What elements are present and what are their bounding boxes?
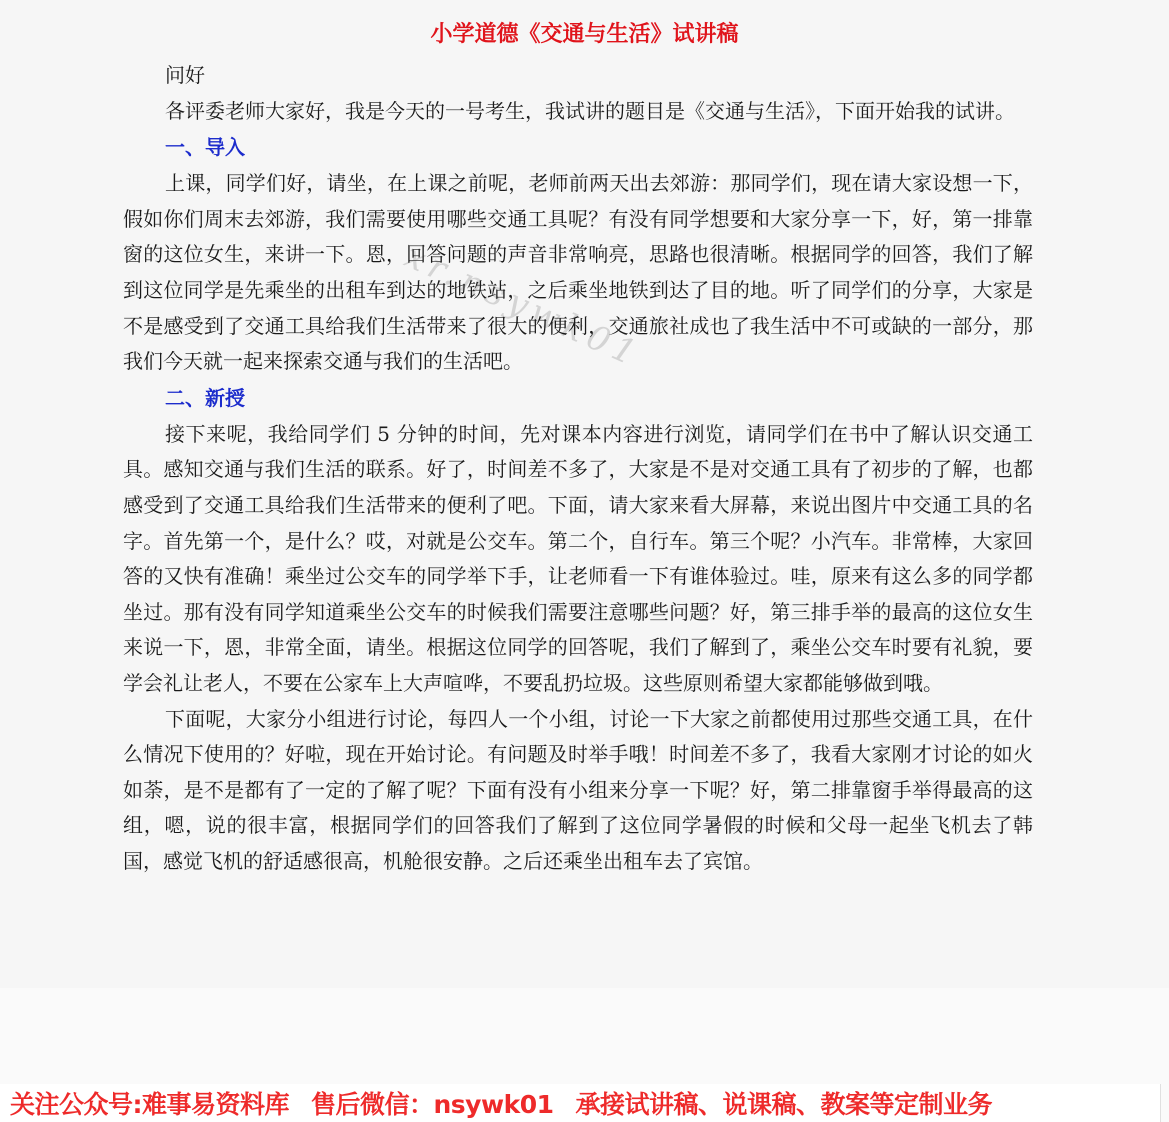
section-heading-intro: 一、导入 <box>123 129 1033 166</box>
document-page: 小学道德《交通与生活》试讲稿 xr.nsywk01 问好 各评委老师大家好，我是… <box>0 0 1169 988</box>
intro-paragraph: 各评委老师大家好，我是今天的一号考生，我试讲的题目是《交通与生活》，下面开始我的… <box>123 94 1033 130</box>
promo-banner: 关注公众号:难事易资料库 售后微信：nsywk01 承接试讲稿、说课稿、教案等定… <box>0 1084 1160 1122</box>
banner-follow-account: 关注公众号:难事易资料库 <box>10 1085 289 1121</box>
section-new-lesson-paragraph-1: 接下来呢，我给同学们 5 分钟的时间，先对课本内容进行浏览，请同学们在书中了解认… <box>123 417 1033 702</box>
document-body: 问好 各评委老师大家好，我是今天的一号考生，我试讲的题目是《交通与生活》，下面开… <box>123 58 1033 879</box>
banner-service-offer: 承接试讲稿、说课稿、教案等定制业务 <box>576 1085 993 1121</box>
section-new-lesson-paragraph-2: 下面呢，大家分小组进行讨论，每四人一个小组，讨论一下大家之前都使用过那些交通工具… <box>123 702 1033 880</box>
right-edge-strip <box>1160 1084 1169 1122</box>
document-title: 小学道德《交通与生活》试讲稿 <box>0 18 1169 50</box>
section-intro-paragraph: 上课，同学们好，请坐，在上课之前呢，老师前两天出去郊游：那同学们，现在请大家设想… <box>123 166 1033 380</box>
banner-wechat-contact: 售后微信：nsywk01 <box>311 1085 554 1121</box>
section-heading-new-lesson: 二、新授 <box>123 380 1033 417</box>
greeting-line: 问好 <box>123 58 1033 94</box>
